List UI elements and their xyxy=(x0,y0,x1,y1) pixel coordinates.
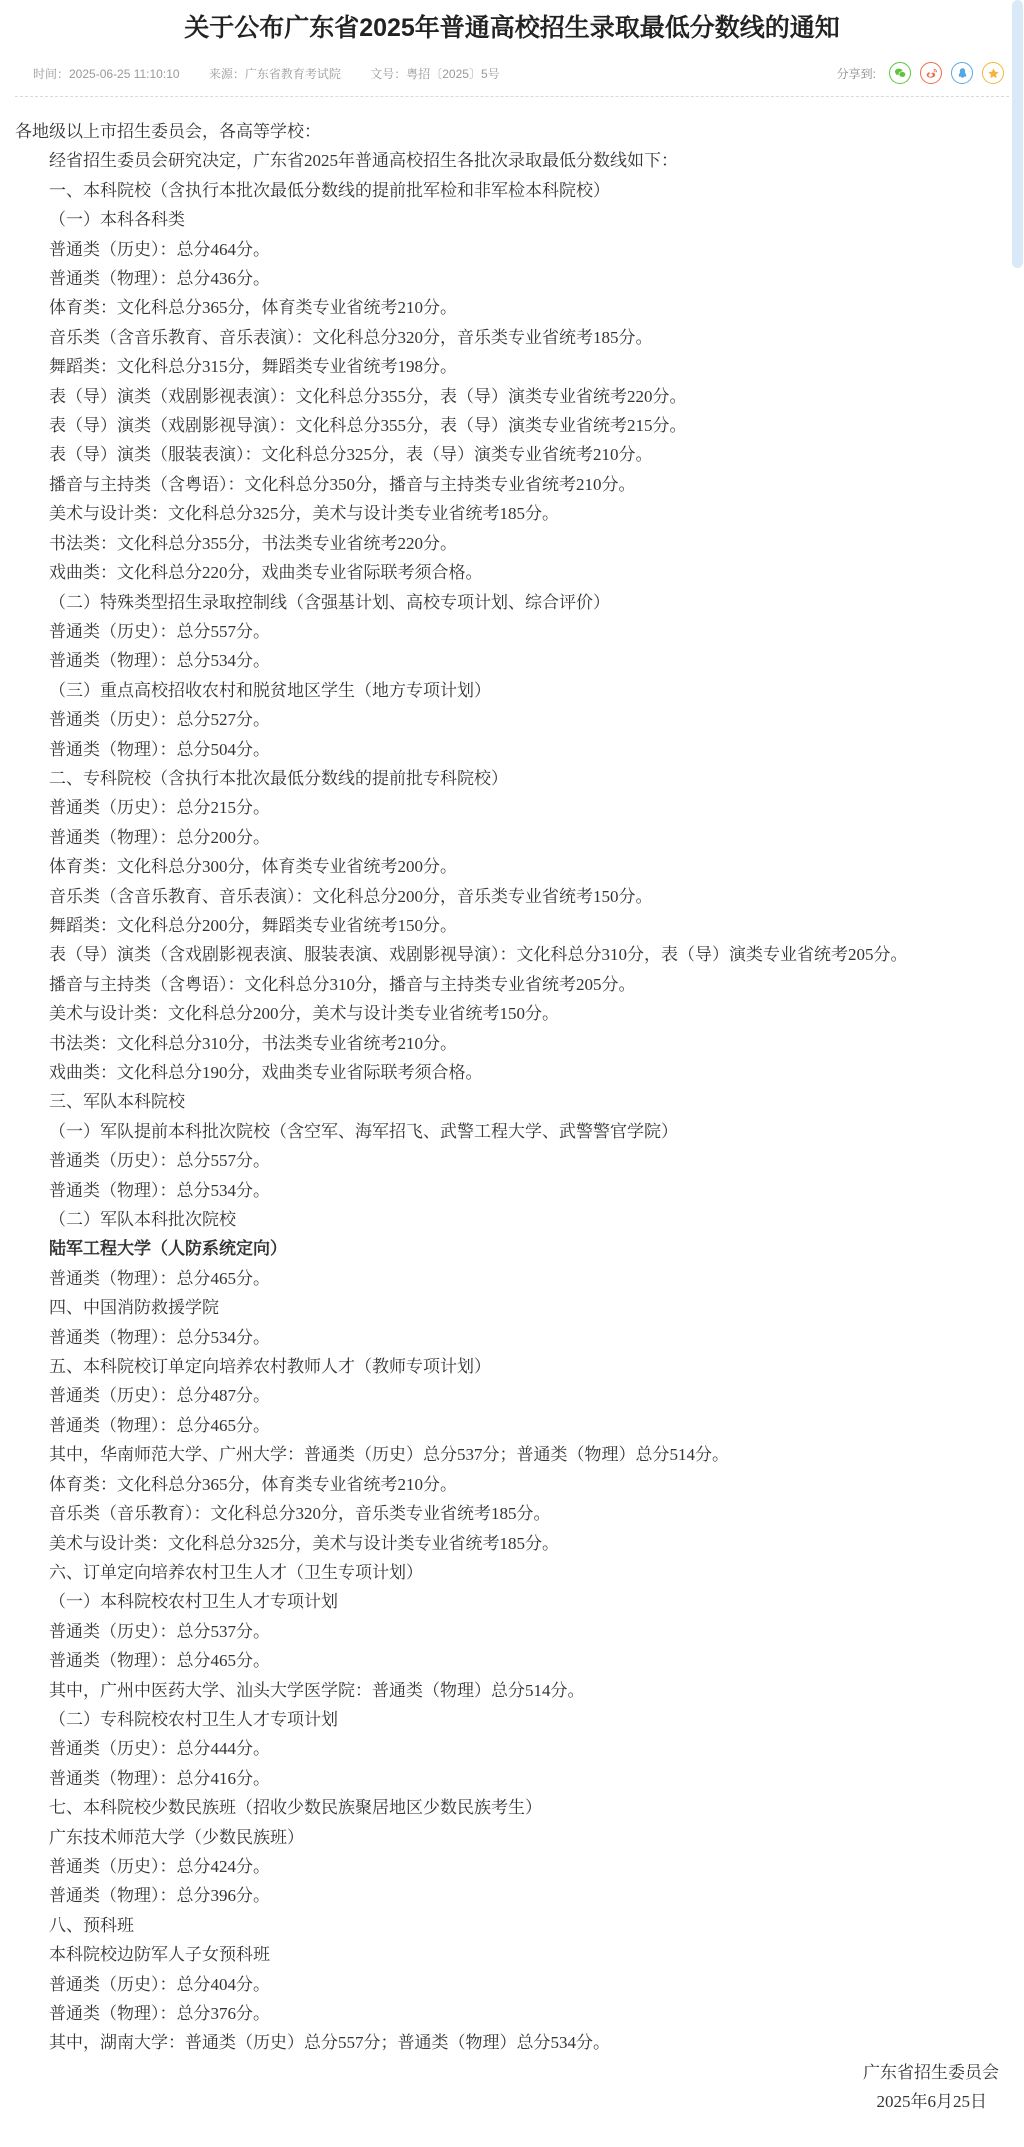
body-line: 普通类（物理）：总分534分。 xyxy=(15,1176,1009,1205)
body-line: 播音与主持类（含粤语）：文化科总分310分，播音与主持类专业省统考205分。 xyxy=(15,970,1009,999)
weibo-share-button[interactable] xyxy=(920,62,942,84)
body-line: 普通类（历史）：总分487分。 xyxy=(15,1381,1009,1410)
meta-source: 来源：广东省教育考试院 xyxy=(209,67,341,81)
body-line: 普通类（历史）：总分527分。 xyxy=(15,705,1009,734)
meta-doc-number: 文号：粤招〔2025〕5号 xyxy=(370,67,499,81)
body-line: 戏曲类：文化科总分190分，戏曲类专业省际联考须合格。 xyxy=(15,1058,1009,1087)
body-line: 广东技术师范大学（少数民族班） xyxy=(15,1823,1009,1852)
body-line: 表（导）演类（戏剧影视导演）：文化科总分355分，表（导）演类专业省统考215分… xyxy=(15,411,1009,440)
body-line: 体育类：文化科总分365分，体育类专业省统考210分。 xyxy=(15,293,1009,322)
body-line: 各地级以上市招生委员会，各高等学校： xyxy=(15,117,1009,146)
qq-share-button[interactable] xyxy=(951,62,973,84)
body-line: 其中，华南师范大学、广州大学：普通类（历史）总分537分；普通类（物理）总分51… xyxy=(15,1440,1009,1469)
body-line: 音乐类（含音乐教育、音乐表演）：文化科总分320分，音乐类专业省统考185分。 xyxy=(15,323,1009,352)
body-line: （三）重点高校招收农村和脱贫地区学生（地方专项计划） xyxy=(15,676,1009,705)
body-line: 普通类（历史）：总分424分。 xyxy=(15,1852,1009,1881)
body-line: （二）特殊类型招生录取控制线（含强基计划、高校专项计划、综合评价） xyxy=(15,588,1009,617)
body-line: 本科院校边防军人子女预科班 xyxy=(15,1940,1009,1969)
body-line: 七、本科院校少数民族班（招收少数民族聚居地区少数民族考生） xyxy=(15,1793,1009,1822)
body-line: 音乐类（含音乐教育、音乐表演）：文化科总分200分，音乐类专业省统考150分。 xyxy=(15,882,1009,911)
body-line: 普通类（物理）：总分534分。 xyxy=(15,646,1009,675)
body-line: 普通类（物理）：总分376分。 xyxy=(15,1999,1009,2028)
scrollbar-thumb[interactable] xyxy=(1012,0,1023,268)
body-line: （一）本科院校农村卫生人才专项计划 xyxy=(15,1587,1009,1616)
body-line: 书法类：文化科总分310分，书法类专业省统考210分。 xyxy=(15,1029,1009,1058)
body-line: 普通类（历史）：总分537分。 xyxy=(15,1617,1009,1646)
body-line: （一）军队提前本科批次院校（含空军、海军招飞、武警工程大学、武警警官学院） xyxy=(15,1117,1009,1146)
body-line: 表（导）演类（含戏剧影视表演、服装表演、戏剧影视导演）：文化科总分310分，表（… xyxy=(15,940,1009,969)
body-line: 普通类（物理）：总分465分。 xyxy=(15,1264,1009,1293)
share-label: 分享到: xyxy=(837,65,876,82)
body-line: 表（导）演类（服装表演）：文化科总分325分，表（导）演类专业省统考210分。 xyxy=(15,440,1009,469)
body-line: 六、订单定向培养农村卫生人才（卫生专项计划） xyxy=(15,1558,1009,1587)
document-body: 各地级以上市招生委员会，各高等学校：经省招生委员会研究决定，广东省2025年普通… xyxy=(0,97,1024,2117)
body-line: 四、中国消防救援学院 xyxy=(15,1293,1009,1322)
qq-icon xyxy=(955,66,970,81)
body-line: 普通类（历史）：总分557分。 xyxy=(15,617,1009,646)
body-line: 体育类：文化科总分300分，体育类专业省统考200分。 xyxy=(15,852,1009,881)
document-header: 关于公布广东省2025年普通高校招生录取最低分数线的通知 时间：2025-06-… xyxy=(0,0,1024,86)
star-share-button[interactable] xyxy=(982,62,1004,84)
body-line: 戏曲类：文化科总分220分，戏曲类专业省际联考须合格。 xyxy=(15,558,1009,587)
meta-row: 时间：2025-06-25 11:10:10 来源：广东省教育考试院 文号：粤招… xyxy=(0,60,1024,86)
body-line: 书法类：文化科总分355分，书法类专业省统考220分。 xyxy=(15,529,1009,558)
body-line: 普通类（物理）：总分396分。 xyxy=(15,1881,1009,1910)
body-line: 普通类（历史）：总分215分。 xyxy=(15,793,1009,822)
body-line: 其中，广州中医药大学、汕头大学医学院：普通类（物理）总分514分。 xyxy=(15,1676,1009,1705)
body-line: 陆军工程大学（人防系统定向） xyxy=(15,1234,1009,1263)
body-line: 普通类（物理）：总分504分。 xyxy=(15,735,1009,764)
body-line: （二）军队本科批次院校 xyxy=(15,1205,1009,1234)
body-line: 普通类（物理）：总分465分。 xyxy=(15,1411,1009,1440)
body-line: 美术与设计类：文化科总分325分，美术与设计类专业省统考185分。 xyxy=(15,499,1009,528)
wechat-icon xyxy=(893,66,908,81)
body-line: 普通类（物理）：总分436分。 xyxy=(15,264,1009,293)
body-line: 美术与设计类：文化科总分325分，美术与设计类专业省统考185分。 xyxy=(15,1529,1009,1558)
body-line: 其中，湖南大学：普通类（历史）总分557分；普通类（物理）总分534分。 xyxy=(15,2028,1009,2057)
body-line: 普通类（物理）：总分465分。 xyxy=(15,1646,1009,1675)
page: 关于公布广东省2025年普通高校招生录取最低分数线的通知 时间：2025-06-… xyxy=(0,0,1024,2147)
body-line: 普通类（历史）：总分464分。 xyxy=(15,235,1009,264)
signature-line: 广东省招生委员会 xyxy=(15,2058,1009,2087)
signature-line: 2025年6月25日 xyxy=(15,2087,1009,2116)
star-icon xyxy=(986,66,1001,81)
body-line: （二）专科院校农村卫生人才专项计划 xyxy=(15,1705,1009,1734)
wechat-share-button[interactable] xyxy=(889,62,911,84)
body-line: 二、专科院校（含执行本批次最低分数线的提前批专科院校） xyxy=(15,764,1009,793)
page-title: 关于公布广东省2025年普通高校招生录取最低分数线的通知 xyxy=(0,12,1024,44)
body-line: 表（导）演类（戏剧影视表演）：文化科总分355分，表（导）演类专业省统考220分… xyxy=(15,382,1009,411)
weibo-icon xyxy=(924,66,939,81)
body-line: 普通类（历史）：总分404分。 xyxy=(15,1970,1009,1999)
body-line: 普通类（物理）：总分534分。 xyxy=(15,1323,1009,1352)
body-line: 播音与主持类（含粤语）：文化科总分350分，播音与主持类专业省统考210分。 xyxy=(15,470,1009,499)
body-line: 普通类（物理）：总分200分。 xyxy=(15,823,1009,852)
body-line: 舞蹈类：文化科总分200分，舞蹈类专业省统考150分。 xyxy=(15,911,1009,940)
body-line: 经省招生委员会研究决定，广东省2025年普通高校招生各批次录取最低分数线如下： xyxy=(15,146,1009,175)
body-line: 普通类（物理）：总分416分。 xyxy=(15,1764,1009,1793)
body-line: 五、本科院校订单定向培养农村教师人才（教师专项计划） xyxy=(15,1352,1009,1381)
meta-time: 时间：2025-06-25 11:10:10 xyxy=(33,67,180,81)
body-line: 美术与设计类：文化科总分200分，美术与设计类专业省统考150分。 xyxy=(15,999,1009,1028)
body-line: （一）本科各科类 xyxy=(15,205,1009,234)
body-line: 八、预科班 xyxy=(15,1911,1009,1940)
body-line: 三、军队本科院校 xyxy=(15,1087,1009,1116)
meta-info: 时间：2025-06-25 11:10:10 来源：广东省教育考试院 文号：粤招… xyxy=(33,65,526,82)
body-line: 体育类：文化科总分365分，体育类专业省统考210分。 xyxy=(15,1470,1009,1499)
body-line: 音乐类（音乐教育）：文化科总分320分，音乐类专业省统考185分。 xyxy=(15,1499,1009,1528)
body-line: 舞蹈类：文化科总分315分，舞蹈类专业省统考198分。 xyxy=(15,352,1009,381)
share-bar: 分享到: xyxy=(837,62,1004,84)
body-line: 一、本科院校（含执行本批次最低分数线的提前批军检和非军检本科院校） xyxy=(15,176,1009,205)
body-line: 普通类（历史）：总分444分。 xyxy=(15,1734,1009,1763)
body-line: 普通类（历史）：总分557分。 xyxy=(15,1146,1009,1175)
